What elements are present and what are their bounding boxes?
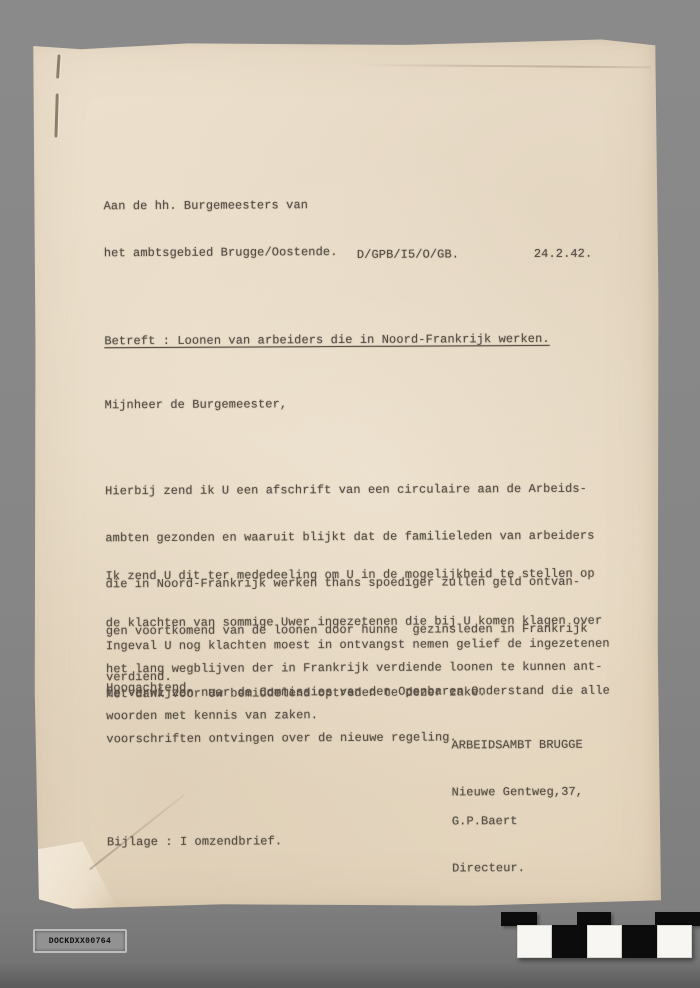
scale-square-white xyxy=(657,925,692,958)
scale-top-segment xyxy=(501,912,537,926)
recipient-line: Aan de hh. Burgemeesters van xyxy=(104,198,338,215)
catalog-id-label: DOCKDXX00764 xyxy=(33,929,127,953)
body-line: Hierbij zend ik U een afschrift van een … xyxy=(105,482,594,500)
scale-square-black xyxy=(622,925,657,958)
enclosure-note: Bijlage : I omzendbrief. xyxy=(107,834,282,850)
scale-top-segment xyxy=(655,912,700,926)
salutation: Mijnheer de Burgemeester, xyxy=(105,397,288,413)
body-line: Ingeval U nog klachten moest in ontvangs… xyxy=(106,637,610,655)
recipient-address: Aan de hh. Burgemeesters van het ambtsge… xyxy=(103,167,337,292)
photo-scale-bar xyxy=(517,912,692,958)
signature-name: G.P.Baert xyxy=(452,814,525,830)
paper-fold-corner xyxy=(35,841,117,909)
letter-paper: Aan de hh. Burgemeesters van het ambtsge… xyxy=(31,38,663,909)
signature-block: G.P.Baert Directeur. xyxy=(452,783,526,907)
closing: Hoogachtend, xyxy=(106,681,194,697)
scale-top-segment xyxy=(577,912,611,926)
body-line: Ik zend U dit ter mededeeling om U in de… xyxy=(105,567,602,585)
signature-title: Directeur. xyxy=(452,861,525,877)
scale-square-black xyxy=(552,925,587,958)
recipient-line: het ambtsgebied Brugge/Oostende. xyxy=(104,245,338,262)
scanned-archive-photo: { "document": { "recipient_lines": ["Aan… xyxy=(0,0,700,988)
scale-square-row xyxy=(517,925,692,958)
scale-square-white xyxy=(587,925,622,958)
scale-square-white xyxy=(517,925,552,958)
subject-line: Betreft : Loonen van arbeiders die in No… xyxy=(104,332,549,350)
paper-fold-crease xyxy=(89,794,184,870)
letter-date: 24.2.42. xyxy=(534,247,593,263)
paper-crease xyxy=(361,64,651,69)
organization-name: ARBEIDSAMBT BRUGGE xyxy=(451,738,583,754)
mount-bottom-shadow xyxy=(0,962,700,988)
reference-number: D/GPB/I5/O/GB. xyxy=(357,247,459,263)
staple-mark xyxy=(54,93,58,137)
staple-mark xyxy=(56,54,61,78)
